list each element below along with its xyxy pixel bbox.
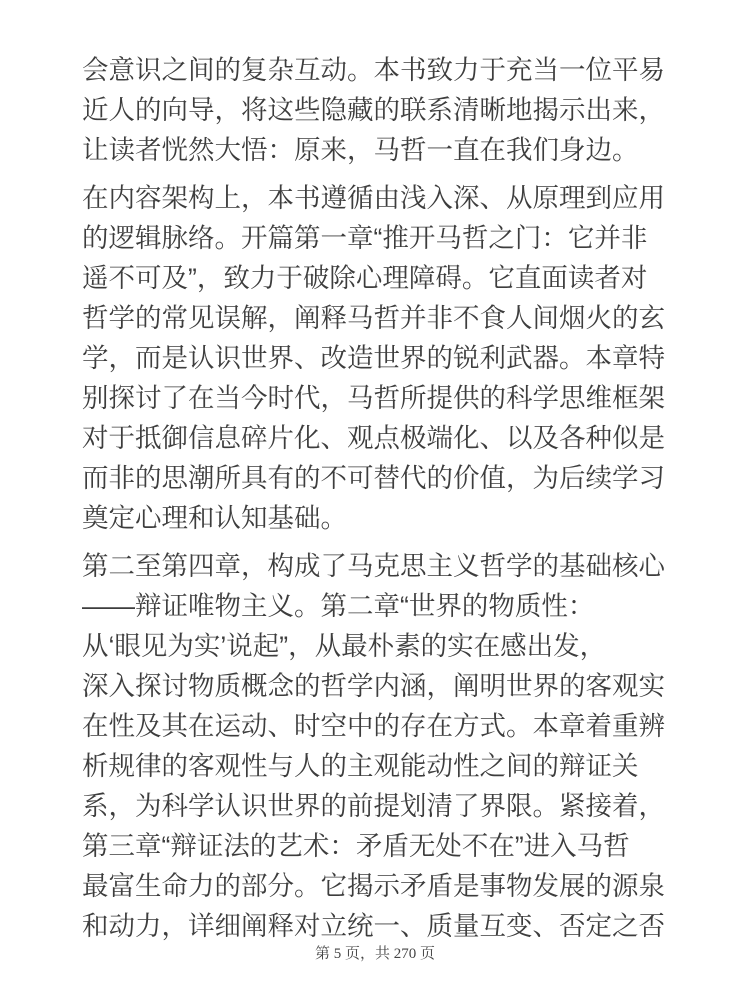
- paragraph: 第二至第四章，构成了马克思主义哲学的基础核心 ——辩证唯物主义。第二章“世界的物…: [82, 546, 682, 946]
- page-number-footer: 第 5 页，共 270 页: [0, 944, 750, 964]
- paragraph: 会意识之间的复杂互动。本书致力于充当一位平易 近人的向导，将这些隐藏的联系清晰地…: [82, 50, 682, 170]
- page-body-text: 会意识之间的复杂互动。本书致力于充当一位平易 近人的向导，将这些隐藏的联系清晰地…: [82, 50, 682, 954]
- paragraph: 在内容架构上，本书遵循由浅入深、从原理到应用 的逻辑脉络。开篇第一章“推开马哲之…: [82, 178, 682, 538]
- document-page: 会意识之间的复杂互动。本书致力于充当一位平易 近人的向导，将这些隐藏的联系清晰地…: [0, 0, 750, 1000]
